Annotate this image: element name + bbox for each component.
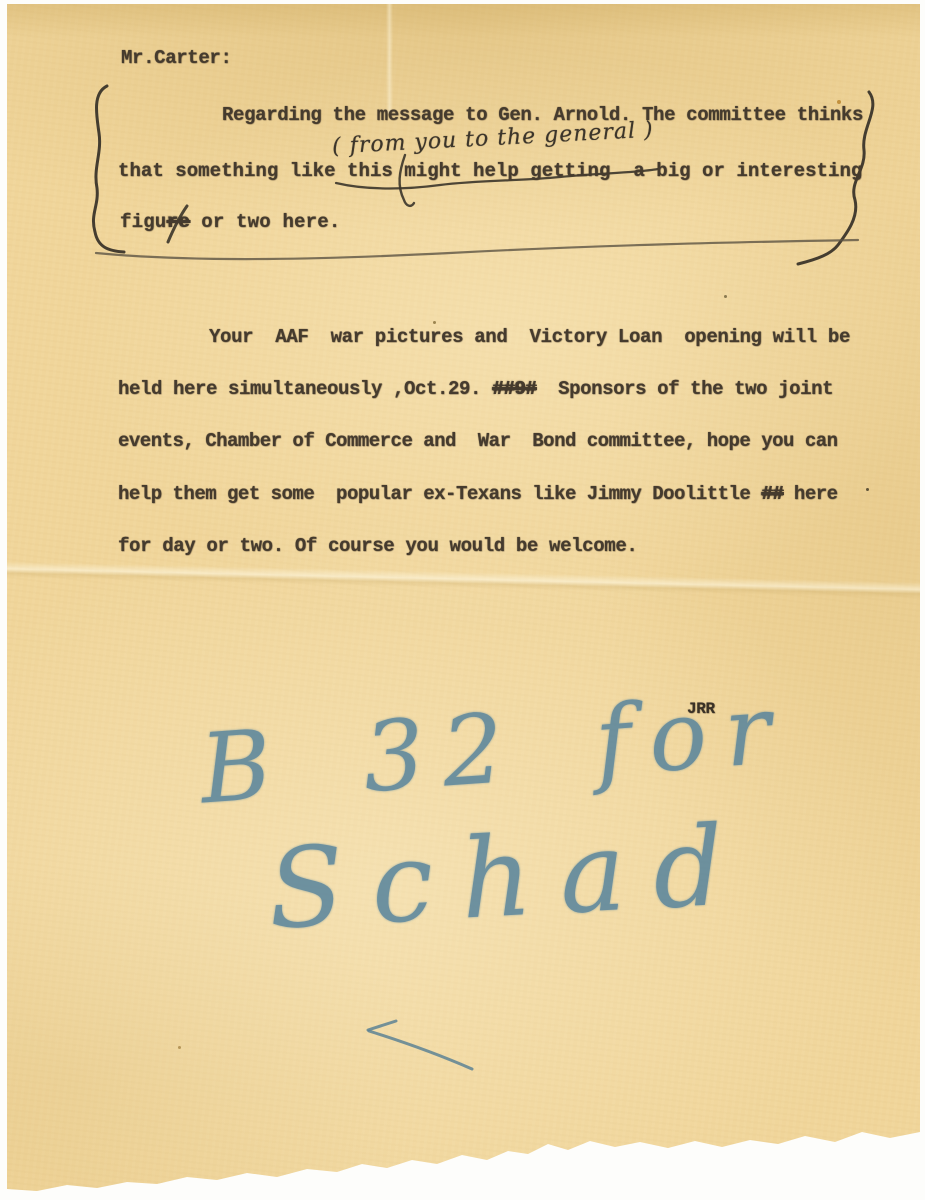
paper-speck	[178, 1046, 181, 1049]
line4-text-end: here	[783, 483, 838, 505]
blue-handwritten-note-line2: Schad	[265, 800, 755, 953]
memo-paragraph2-line1: Your AAF war pictures and Victory Loan o…	[209, 326, 850, 348]
paper-speck	[866, 488, 869, 491]
line2-struckout-text: ##9#	[492, 378, 536, 400]
paragraph-underline-mark	[96, 240, 858, 259]
memo-paragraph1-line2: that something like this might help gett…	[118, 160, 862, 182]
paper-speck	[433, 321, 436, 324]
memo-paragraph2-line5: for day or two. Of course you would be w…	[118, 535, 637, 557]
memo-paragraph1-line3: figure or two here.	[120, 211, 340, 233]
line2-text: held here simultaneously ,Oct.29.	[118, 378, 492, 400]
memo-paragraph2-line2: held here simultaneously ,Oct.29. ##9# S…	[118, 378, 833, 400]
paper-sheet: Mr.Carter: Regarding the message to Gen.…	[0, 0, 925, 1200]
memo-paragraph2-line4: help them get some popular ex-Texans lik…	[118, 483, 838, 505]
line3-text: figu	[120, 211, 166, 233]
line2-text-end: Sponsors of the two joint	[536, 378, 833, 400]
line3-text-end: or two here.	[190, 211, 341, 233]
paper-speck	[724, 295, 727, 298]
line4-text: help them get some popular ex-Texans lik…	[118, 483, 761, 505]
line3-overtyped-text: re	[166, 211, 189, 233]
scanned-memo-document: Mr.Carter: Regarding the message to Gen.…	[0, 0, 925, 1200]
line4-struckout-text: ##	[761, 483, 783, 505]
paper-speck	[837, 100, 841, 104]
memo-salutation: Mr.Carter:	[121, 47, 232, 69]
memo-paragraph2-line3: events, Chamber of Commerce and War Bond…	[118, 430, 838, 452]
blue-arrow-shaft	[369, 1031, 472, 1069]
blue-arrow-head-icon	[368, 1021, 396, 1030]
